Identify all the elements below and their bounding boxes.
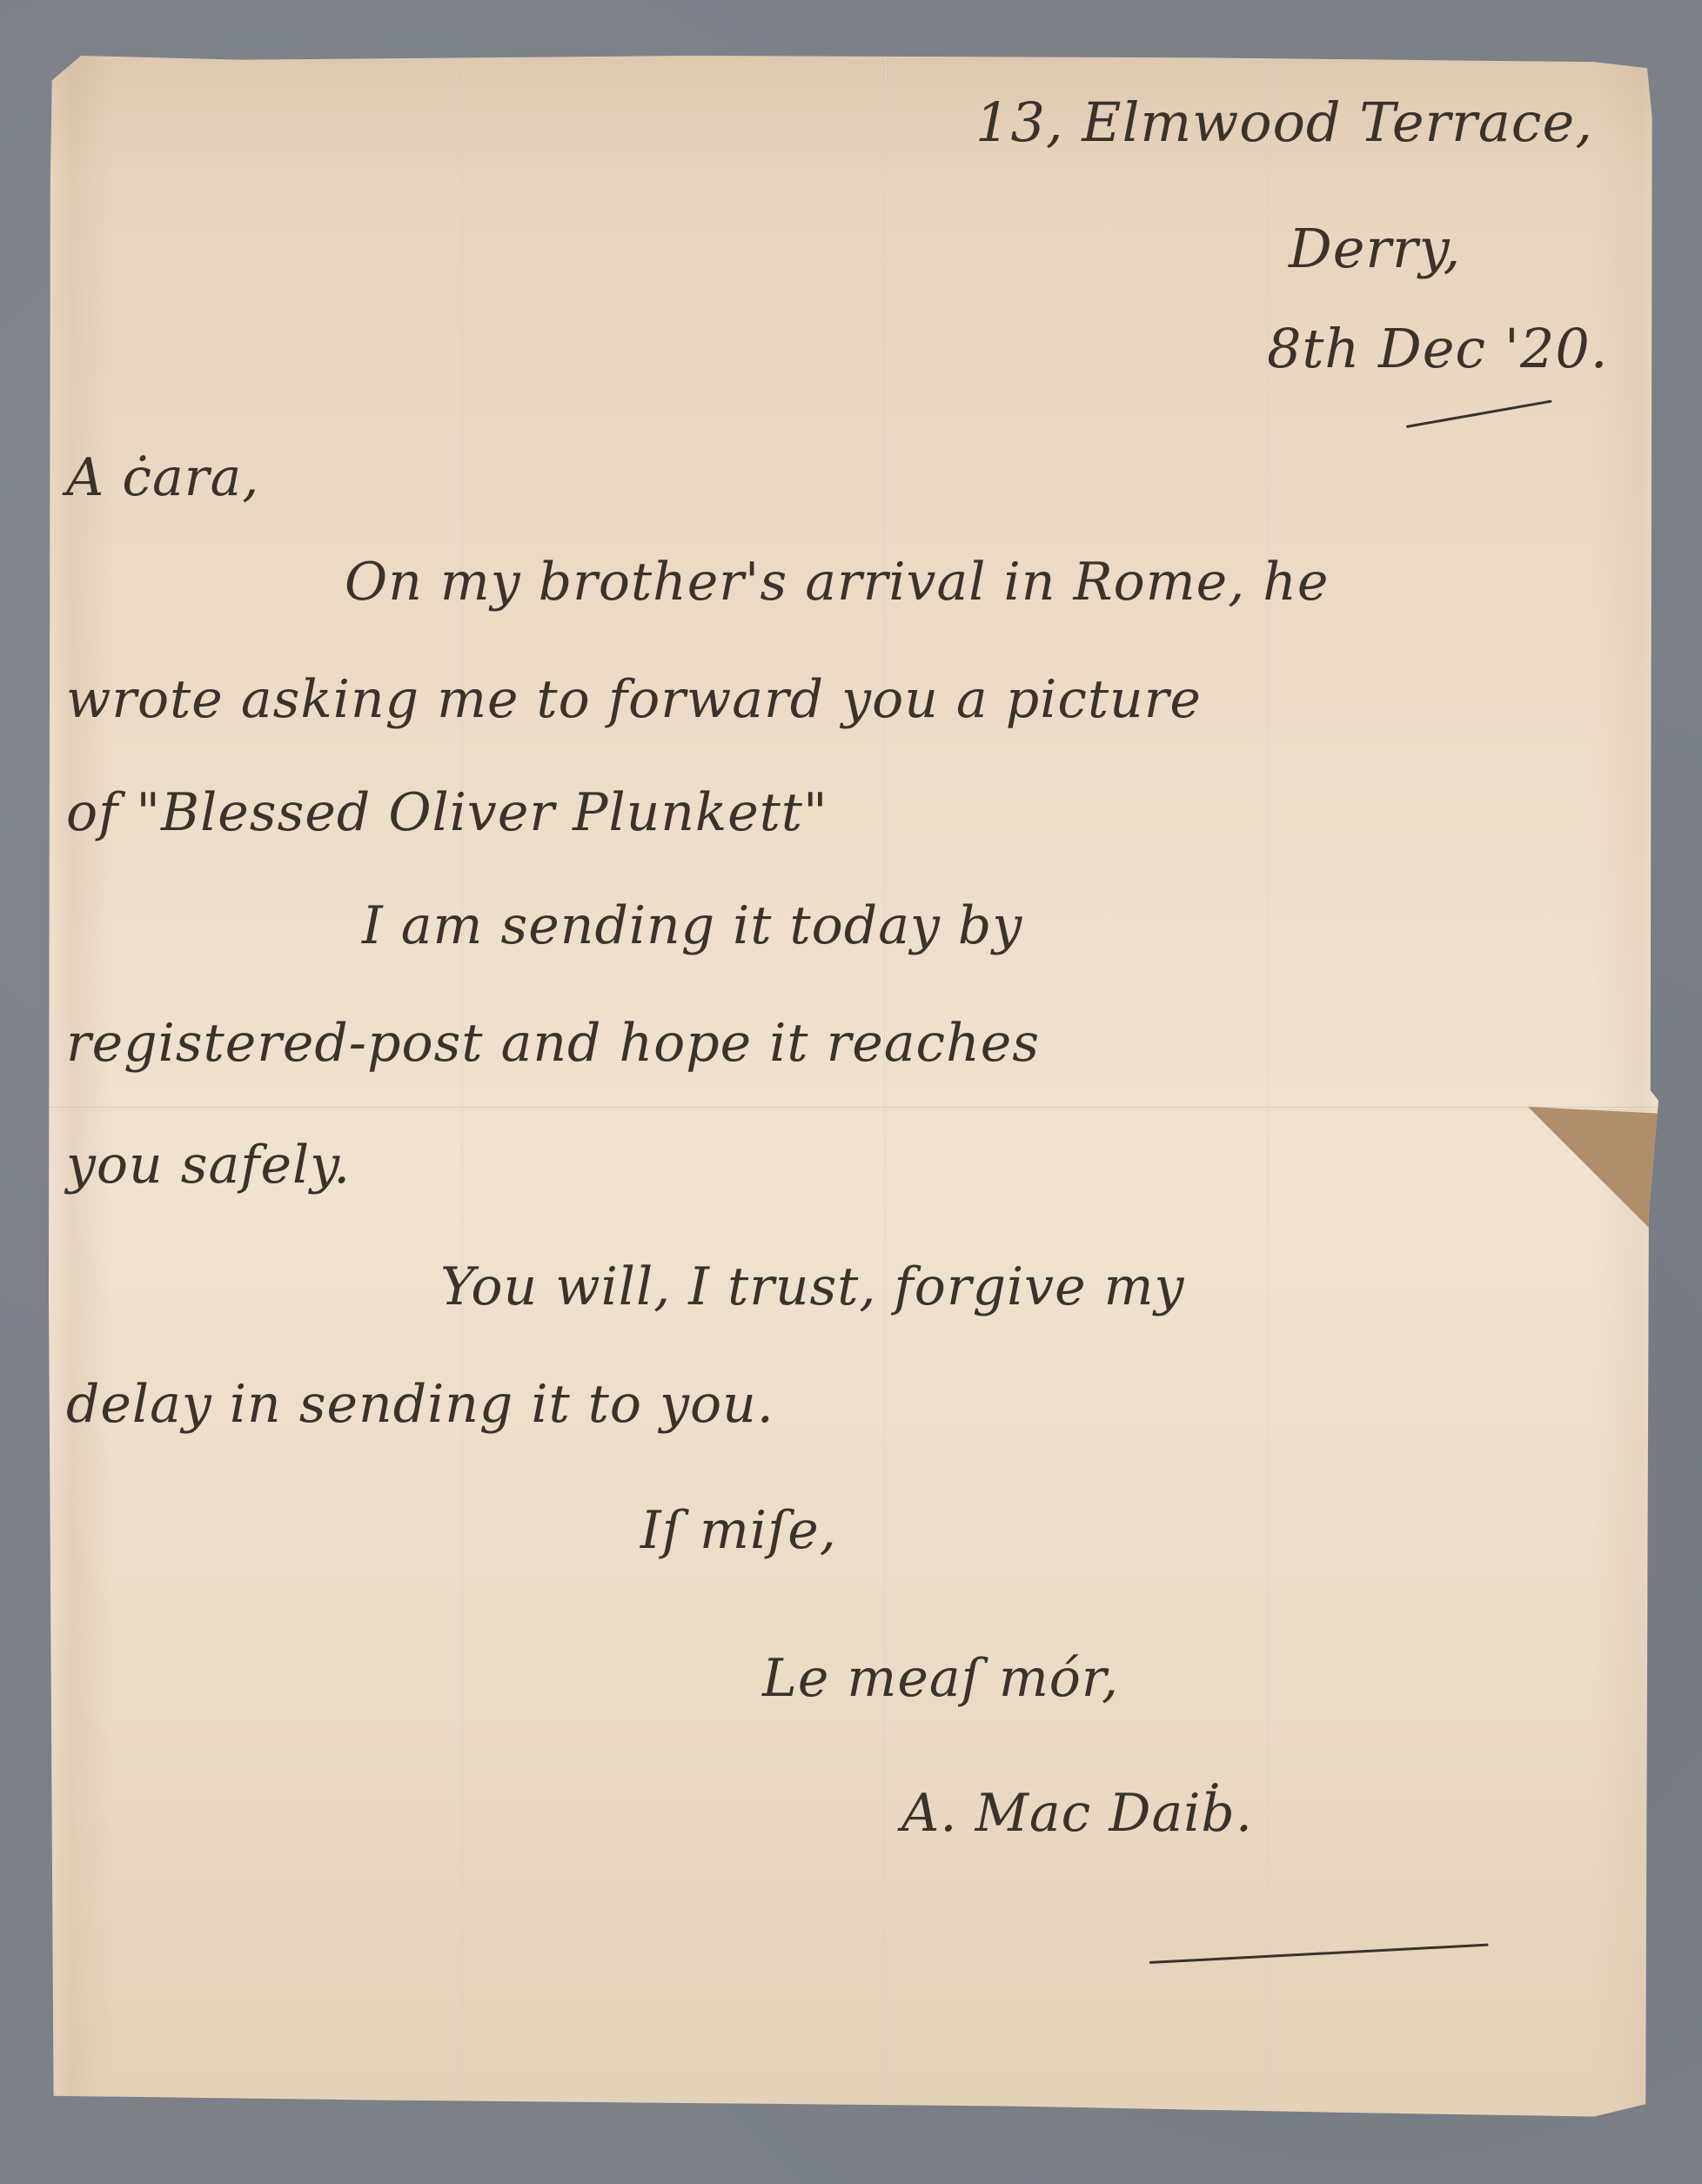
body-line-6: you safely. [66,1135,351,1196]
body-line-4: I am sending it today by [362,895,1022,956]
salutation: A ċara, [66,447,259,508]
body-line-2: wrote asking me to forward you a picture [66,669,1202,730]
vertical-fold-left [461,56,464,2125]
address-line-1: 13, Elmwood Terrace, [975,90,1593,154]
body-line-5: registered-post and hope it reaches [66,1013,1040,1074]
signature: A. Mac Daiḃ. [901,1783,1253,1844]
horizontal-fold [49,1107,1658,1110]
body-line-7: You will, I trust, forgive my [440,1256,1184,1317]
address-line-2: Derry, [1289,217,1461,280]
vertical-fold-center [884,56,887,2125]
letter-date: 8th Dec '20. [1267,317,1608,380]
date-underline [1406,400,1552,428]
torn-corner-stain [1528,1107,1658,1237]
body-line-3: of "Blessed Oliver Plunkett" [66,782,828,843]
body-line-8: delay in sending it to you. [66,1374,774,1435]
letter-paper: 13, Elmwood Terrace, Derry, 8th Dec '20.… [49,56,1658,2125]
signature-underline [1149,1944,1489,1964]
closing-line-1: Iſ miſe, [640,1500,837,1561]
closing-line-2: Le meaſ mór, [762,1648,1119,1709]
body-line-1: On my brother's arrival in Rome, he [345,552,1329,613]
